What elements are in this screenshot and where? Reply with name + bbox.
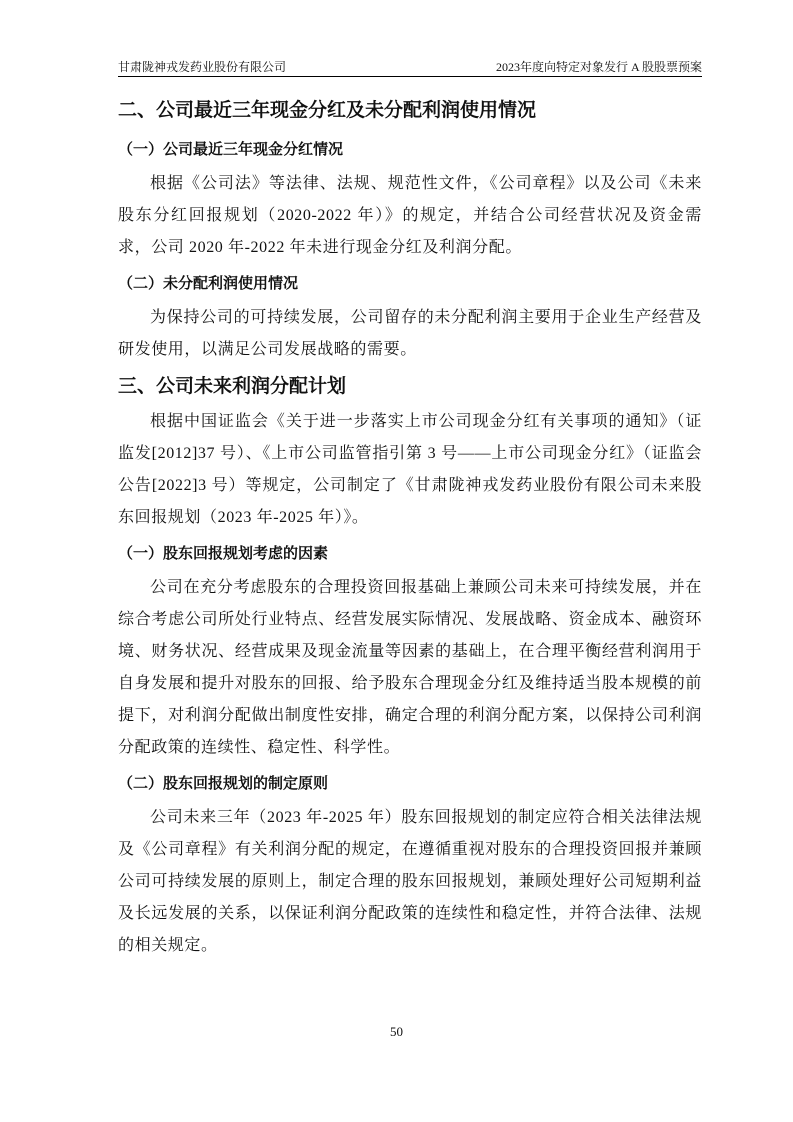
- paragraph-undistributed-profit: 为保持公司的可持续发展，公司留存的未分配利润主要用于企业生产经营及研发使用，以满…: [118, 302, 702, 366]
- subsection-heading-factors: （一）股东回报规划考虑的因素: [118, 534, 702, 572]
- header-document-title: 2023年度向特定对象发行 A 股股票预案: [496, 58, 702, 75]
- section-heading-3: 三、公司未来利润分配计划: [118, 366, 702, 406]
- document-page: 甘肃陇神戎发药业股份有限公司 2023年度向特定对象发行 A 股股票预案 二、公…: [0, 0, 793, 1122]
- header-company-name: 甘肃陇神戎发药业股份有限公司: [118, 58, 286, 75]
- subsection-heading-cash-dividends: （一）公司最近三年现金分红情况: [118, 130, 702, 168]
- subsection-heading-undistributed-profit: （二）未分配利润使用情况: [118, 264, 702, 302]
- page-number: 50: [0, 1024, 793, 1040]
- paragraph-factors: 公司在充分考虑股东的合理投资回报基础上兼顾公司未来可持续发展，并在综合考虑公司所…: [118, 572, 702, 764]
- paragraph-cash-dividends: 根据《公司法》等法律、法规、规范性文件，《公司章程》以及公司《未来股东分红回报规…: [118, 168, 702, 264]
- paragraph-principles: 公司未来三年（2023 年-2025 年）股东回报规划的制定应符合相关法律法规及…: [118, 802, 702, 962]
- subsection-heading-principles: （二）股东回报规划的制定原则: [118, 764, 702, 802]
- section-heading-2: 二、公司最近三年现金分红及未分配利润使用情况: [118, 90, 702, 130]
- paragraph-distribution-plan: 根据中国证监会《关于进一步落实上市公司现金分红有关事项的通知》（证监发[2012…: [118, 406, 702, 534]
- page-content: 二、公司最近三年现金分红及未分配利润使用情况 （一）公司最近三年现金分红情况 根…: [118, 88, 702, 962]
- page-header: 甘肃陇神戎发药业股份有限公司 2023年度向特定对象发行 A 股股票预案: [118, 56, 702, 77]
